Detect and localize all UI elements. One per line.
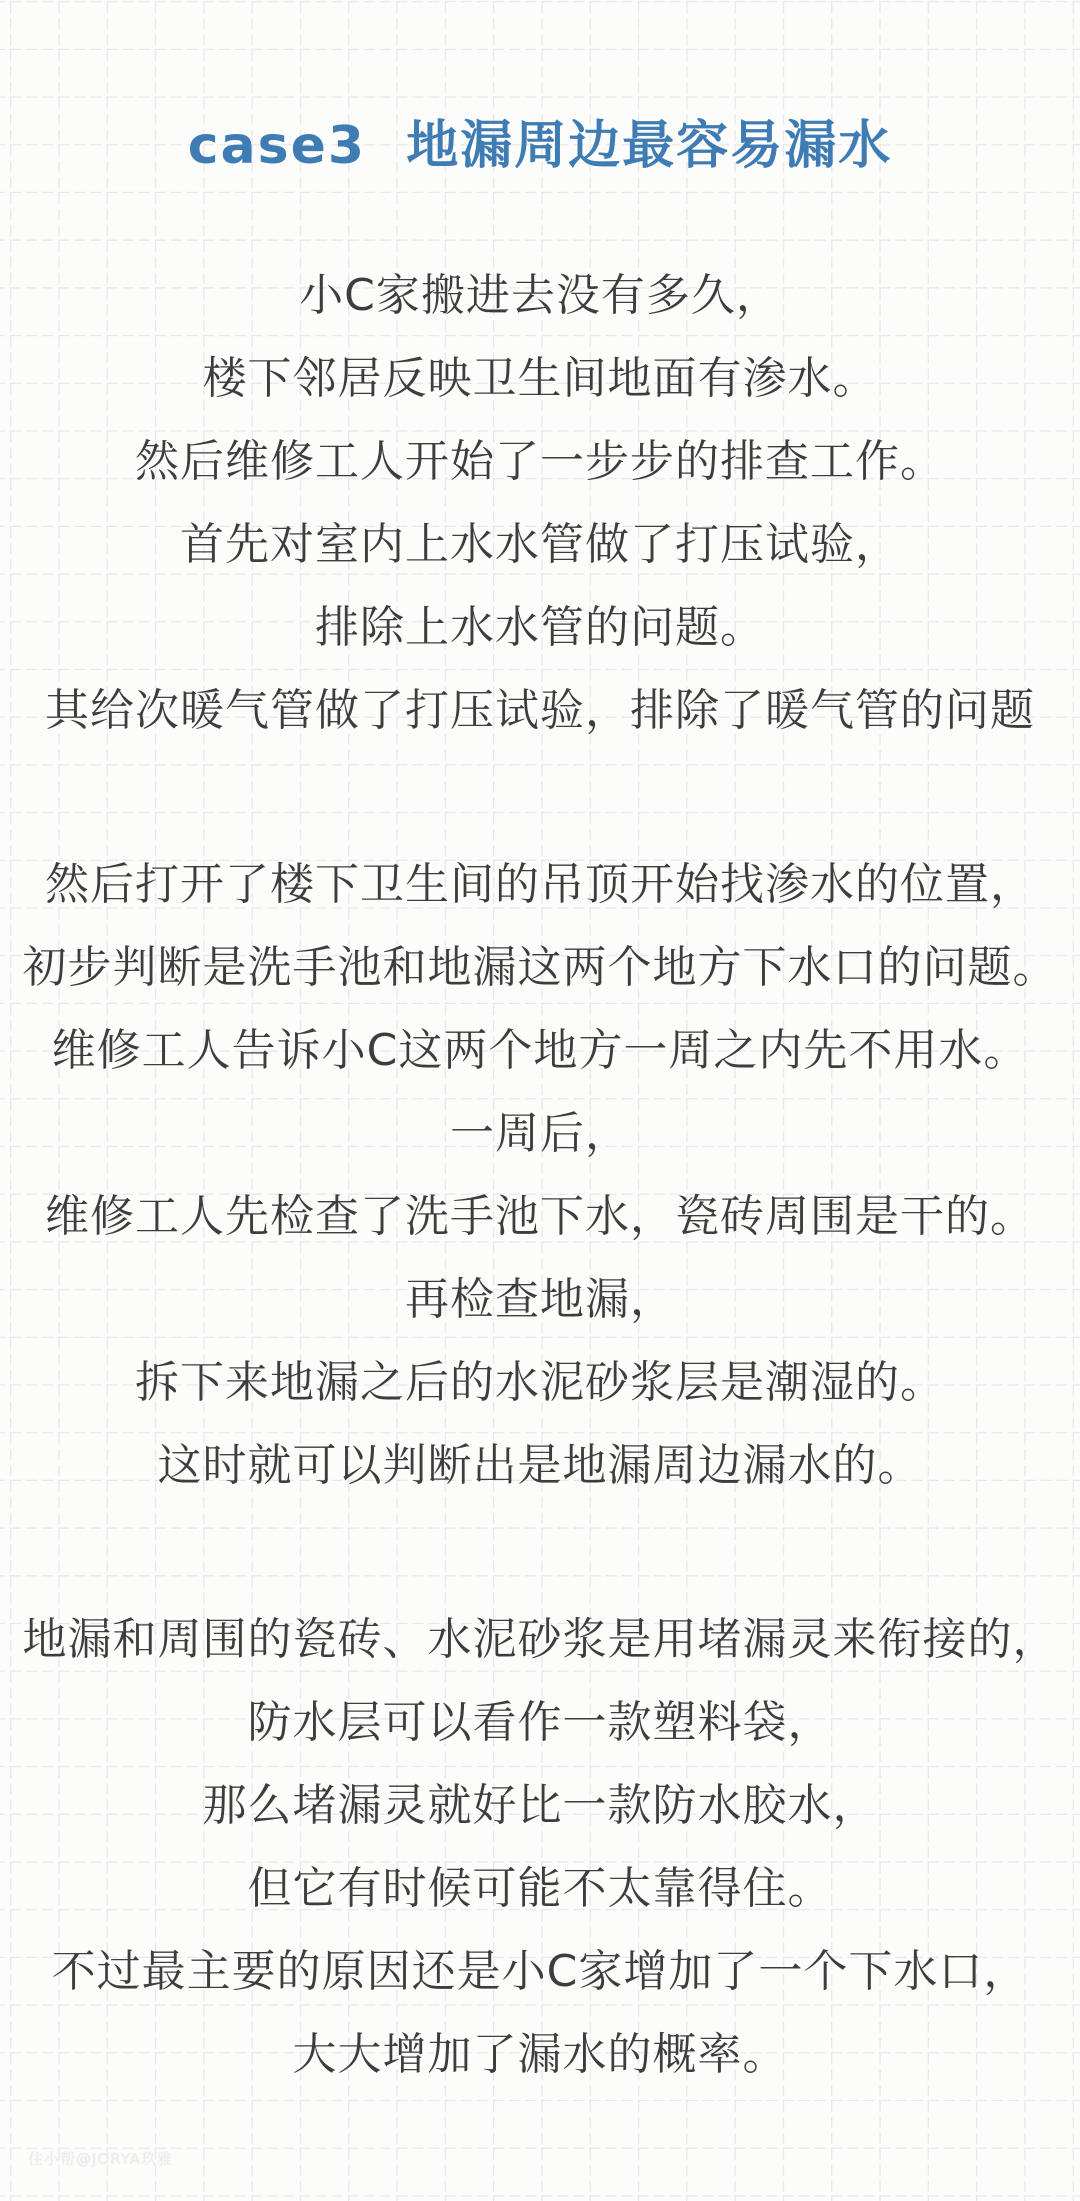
text-line: 维修工人告诉小C这两个地方一周之内先不用水。 <box>0 1009 1080 1092</box>
text-line: 然后维修工人开始了一步步的排查工作。 <box>0 420 1080 503</box>
text-line: 再检查地漏， <box>0 1258 1080 1341</box>
text-line: 这时就可以判断出是地漏周边漏水的。 <box>0 1424 1080 1507</box>
text-line: 大大增加了漏水的概率。 <box>0 2013 1080 2096</box>
text-line: 其给次暖气管做了打压试验，排除了暖气管的问题 <box>0 669 1080 752</box>
text-line: 那么堵漏灵就好比一款防水胶水， <box>0 1764 1080 1847</box>
paragraph-3: 地漏和周围的瓷砖、水泥砂浆是用堵漏灵来衔接的， 防水层可以看作一款塑料袋， 那么… <box>0 1598 1080 2096</box>
text-line: 防水层可以看作一款塑料袋， <box>0 1681 1080 1764</box>
watermark: 住小帮@JORYA玖雅 <box>28 2148 173 2169</box>
paragraph-1: 小C家搬进去没有多久， 楼下邻居反映卫生间地面有渗水。 然后维修工人开始了一步步… <box>0 254 1080 752</box>
text-line: 首先对室内上水水管做了打压试验， <box>0 503 1080 586</box>
text-line: 但它有时候可能不太靠得住。 <box>0 1847 1080 1930</box>
text-line: 地漏和周围的瓷砖、水泥砂浆是用堵漏灵来衔接的， <box>0 1598 1080 1681</box>
note-page: case3 地漏周边最容易漏水 小C家搬进去没有多久， 楼下邻居反映卫生间地面有… <box>0 0 1080 2201</box>
text-line: 小C家搬进去没有多久， <box>0 254 1080 337</box>
text-line: 排除上水水管的问题。 <box>0 586 1080 669</box>
text-line: 一周后， <box>0 1092 1080 1175</box>
text-line: 维修工人先检查了洗手池下水，瓷砖周围是干的。 <box>0 1175 1080 1258</box>
text-line: 然后打开了楼下卫生间的吊顶开始找渗水的位置， <box>0 843 1080 926</box>
paragraph-2: 然后打开了楼下卫生间的吊顶开始找渗水的位置， 初步判断是洗手池和地漏这两个地方下… <box>0 843 1080 1507</box>
text-line: 初步判断是洗手池和地漏这两个地方下水口的问题。 <box>0 926 1080 1009</box>
text-line: 不过最主要的原因还是小C家增加了一个下水口， <box>0 1930 1080 2013</box>
text-line: 楼下邻居反映卫生间地面有渗水。 <box>0 337 1080 420</box>
text-line: 拆下来地漏之后的水泥砂浆层是潮湿的。 <box>0 1341 1080 1424</box>
page-title: case3 地漏周边最容易漏水 <box>0 104 1080 188</box>
